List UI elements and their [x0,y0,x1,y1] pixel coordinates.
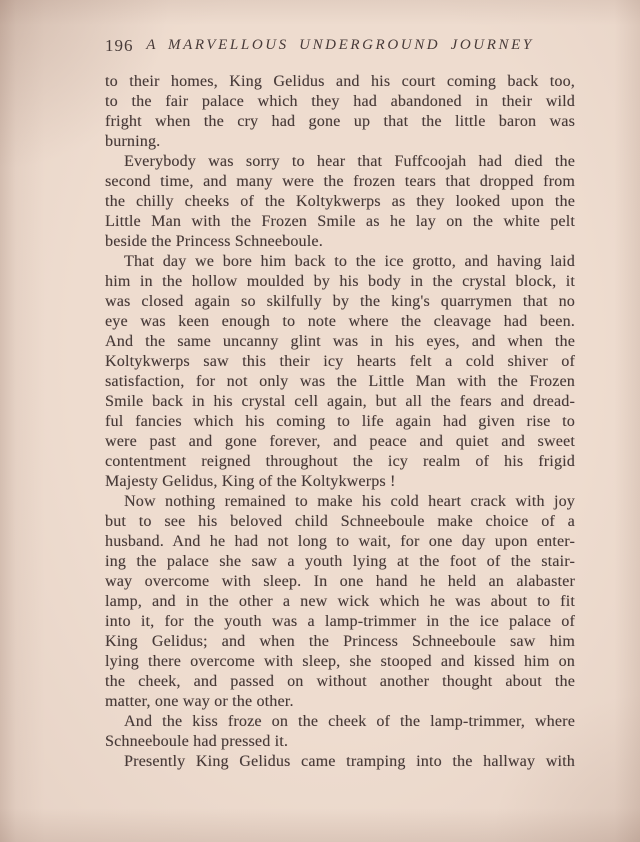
text-line: And the kiss froze on the cheek of the l… [105,712,575,732]
text-line: burning. [105,132,575,152]
page-header: 196 A MARVELLOUS UNDERGROUND JOURNEY [0,36,640,56]
text-line: Everybody was sorry to hear that Fuffcoo… [105,152,575,172]
text-line: Little Man with the Frozen Smile as he l… [105,212,575,232]
text-line: fright when the cry had gone up that the… [105,112,575,132]
text-line: satisfaction, for not only was the Littl… [105,372,575,392]
text-line: Now nothing remained to make his cold he… [105,492,575,512]
text-line: King Gelidus; and when the Princess Schn… [105,632,575,652]
text-line: Majesty Gelidus, King of the Koltykwerps… [105,472,575,492]
text-line: That day we bore him back to the ice gro… [105,252,575,272]
text-line: contentment reigned throughout the icy r… [105,452,575,472]
text-line: second time, and many were the frozen te… [105,172,575,192]
text-line: Presently King Gelidus came tramping int… [105,752,575,772]
text-line: And the same uncanny glint was in his ey… [105,332,575,352]
running-title: A MARVELLOUS UNDERGROUND JOURNEY [105,37,575,54]
text-line: matter, one way or the other. [105,692,575,712]
text-line: the cheek, and passed on without another… [105,672,575,692]
text-line: but to see his beloved child Schneeboule… [105,512,575,532]
text-line: to the fair palace which they had abando… [105,92,575,112]
text-line: ful fancies which his coming to life aga… [105,412,575,432]
text-line: was closed again so skilfully by the kin… [105,292,575,312]
text-line: to their homes, King Gelidus and his cou… [105,72,575,92]
text-line: Smile back in his crystal cell again, bu… [105,392,575,412]
text-line: him in the hollow moulded by his body in… [105,272,575,292]
text-line: ing the palace she saw a youth lying at … [105,552,575,572]
body-text: to their homes, King Gelidus and his cou… [105,72,575,772]
text-line: Koltykwerps saw this their icy hearts fe… [105,352,575,372]
text-line: Schneeboule had pressed it. [105,732,575,752]
text-line: lamp, and in the other a new wick which … [105,592,575,612]
text-line: way overcome with sleep. In one hand he … [105,572,575,592]
text-line: husband. And he had not long to wait, fo… [105,532,575,552]
book-page-scan: 196 A MARVELLOUS UNDERGROUND JOURNEY to … [0,0,640,842]
text-line: beside the Princess Schneeboule. [105,232,575,252]
text-line: were past and gone forever, and peace an… [105,432,575,452]
text-line: into it, for the youth was a lamp-trimme… [105,612,575,632]
text-line: lying there overcome with sleep, she sto… [105,652,575,672]
text-line: eye was keen enough to note where the cl… [105,312,575,332]
text-line: the chilly cheeks of the Koltykwerps as … [105,192,575,212]
